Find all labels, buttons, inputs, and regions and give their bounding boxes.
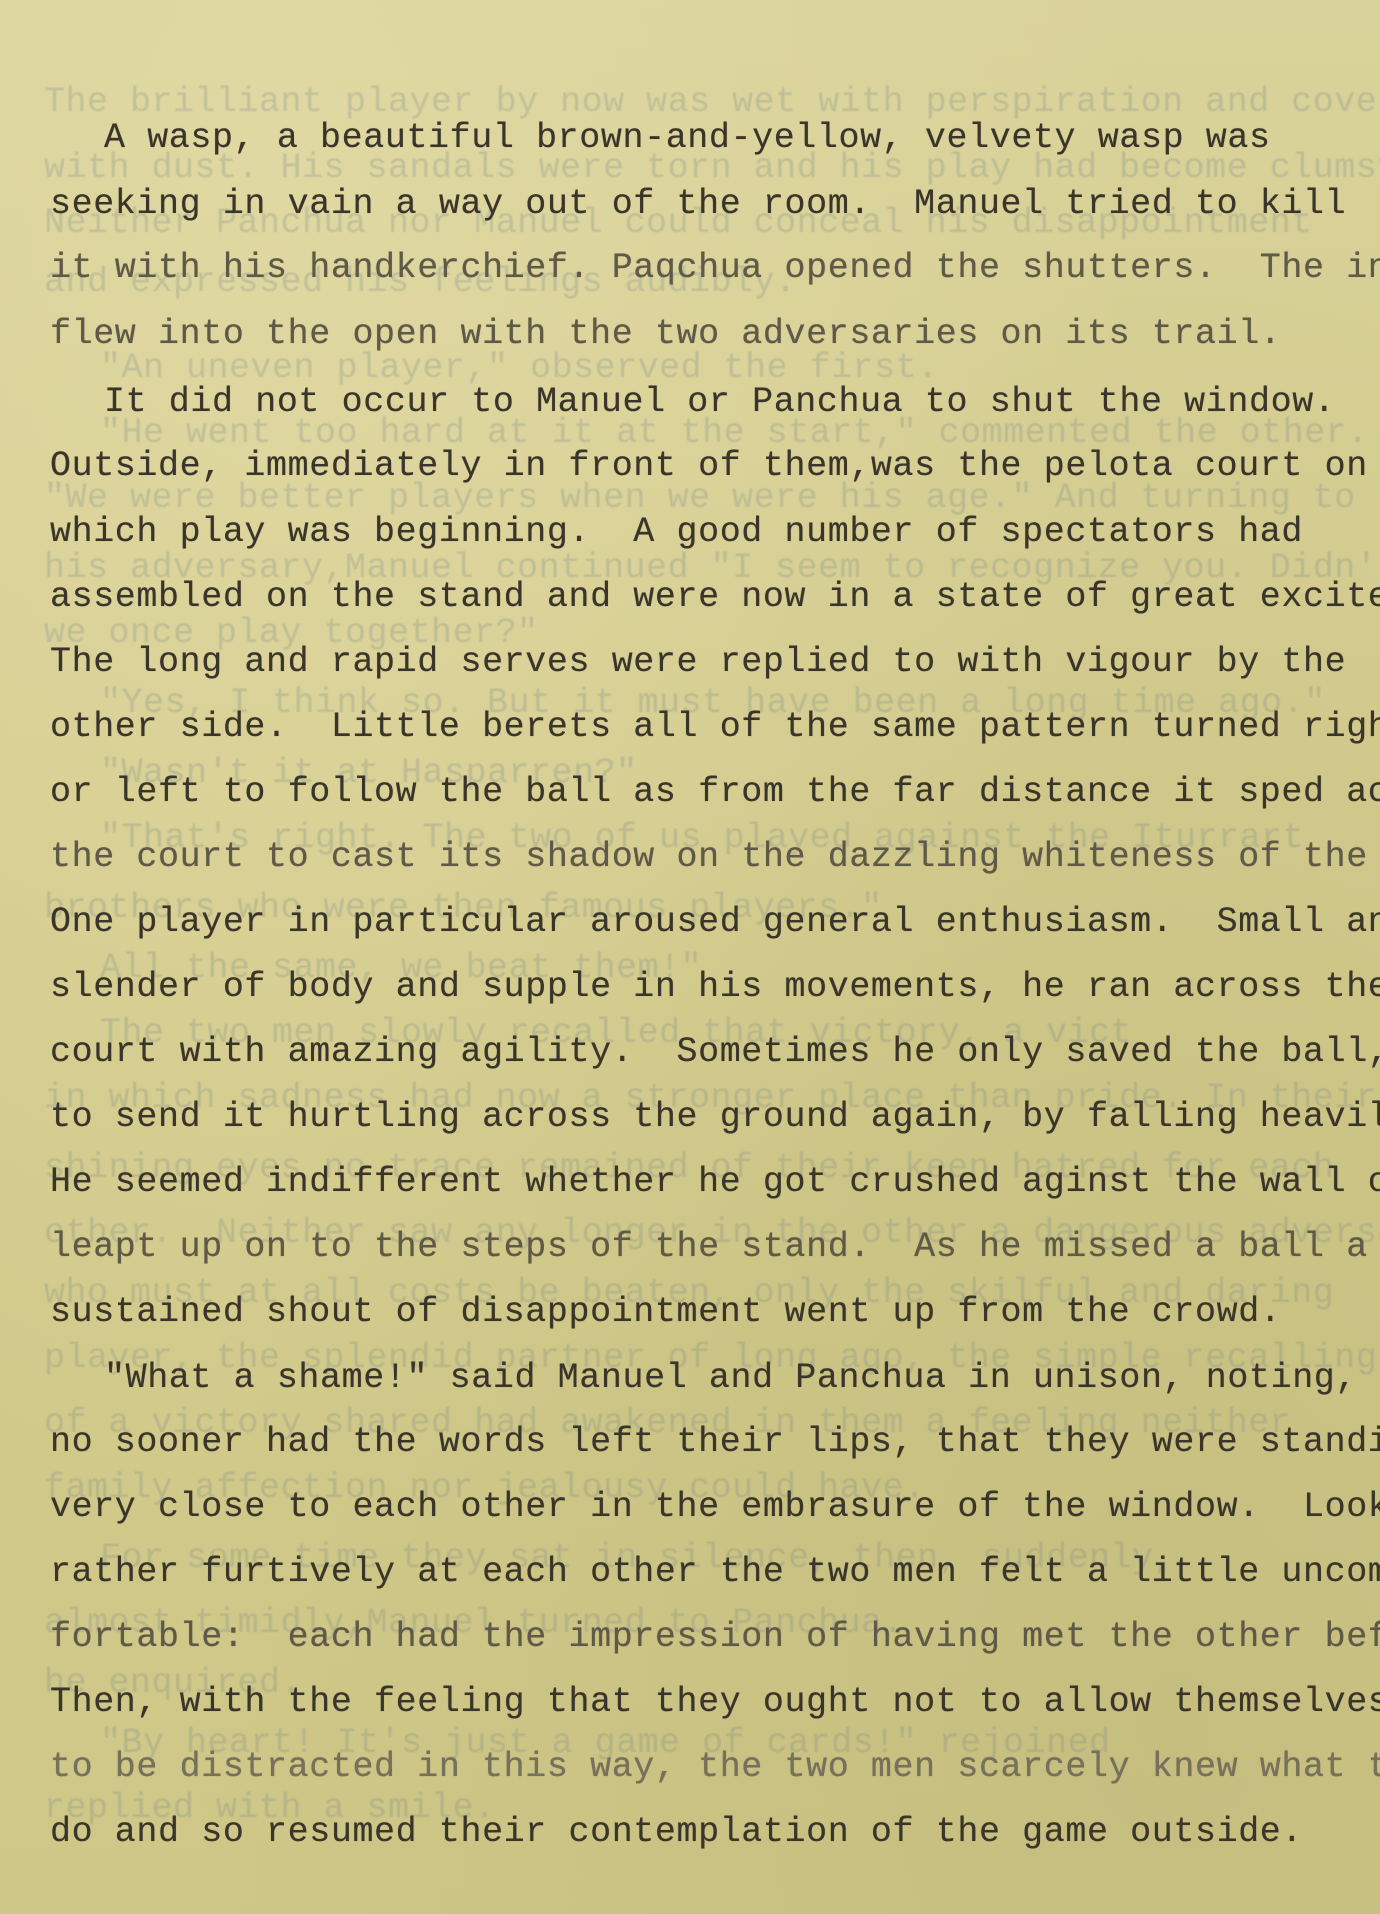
text-line: do and so resumed their contemplation of…	[50, 1812, 1303, 1852]
text-line: other side. Little berets all of the sam…	[50, 707, 1380, 747]
text-line: court with amazing agility. Sometimes he…	[50, 1032, 1380, 1072]
text-line: Outside, immediately in front of them,wa…	[50, 446, 1368, 486]
text-line: to be distracted in this way, the two me…	[50, 1747, 1380, 1787]
text-line: He seemed indifferent whether he got cru…	[50, 1162, 1380, 1202]
text-line: leapt up on to the steps of the stand. A…	[50, 1227, 1368, 1267]
text-line: fortable: each had the impression of hav…	[50, 1617, 1380, 1657]
text-line: It did not occur to Manuel or Panchua to…	[104, 382, 1335, 422]
text-line: no sooner had the words left their lips,…	[50, 1422, 1380, 1462]
text-line: flew into the open with the two adversar…	[50, 314, 1281, 354]
text-line: which play was beginning. A good number …	[50, 512, 1303, 552]
text-line: A wasp, a beautiful brown-and-yellow, ve…	[104, 118, 1271, 158]
text-line: it with his handkerchief. Paqchua opened…	[50, 248, 1380, 288]
text-line: "What a shame!" said Manuel and Panchua …	[104, 1358, 1357, 1398]
text-line: very close to each other in the embrasur…	[50, 1487, 1380, 1527]
text-line: sustained shout of disappointment went u…	[50, 1292, 1281, 1332]
text-line: Then, with the feeling that they ought n…	[50, 1682, 1380, 1722]
text-line: The long and rapid serves were replied t…	[50, 642, 1346, 682]
text-line: or left to follow the ball as from the f…	[50, 772, 1380, 812]
typewritten-text: A wasp, a beautiful brown-and-yellow, ve…	[0, 0, 1380, 1914]
text-line: the court to cast its shadow on the dazz…	[50, 837, 1380, 877]
text-line: seeking in vain a way out of the room. M…	[50, 184, 1346, 224]
text-line: assembled on the stand and were now in a…	[50, 577, 1380, 617]
text-line: to send it hurtling across the ground ag…	[50, 1097, 1380, 1137]
text-line: slender of body and supple in his moveme…	[50, 967, 1380, 1007]
text-line: rather furtively at each other the two m…	[50, 1552, 1380, 1592]
text-line: One player in particular aroused general…	[50, 902, 1380, 942]
